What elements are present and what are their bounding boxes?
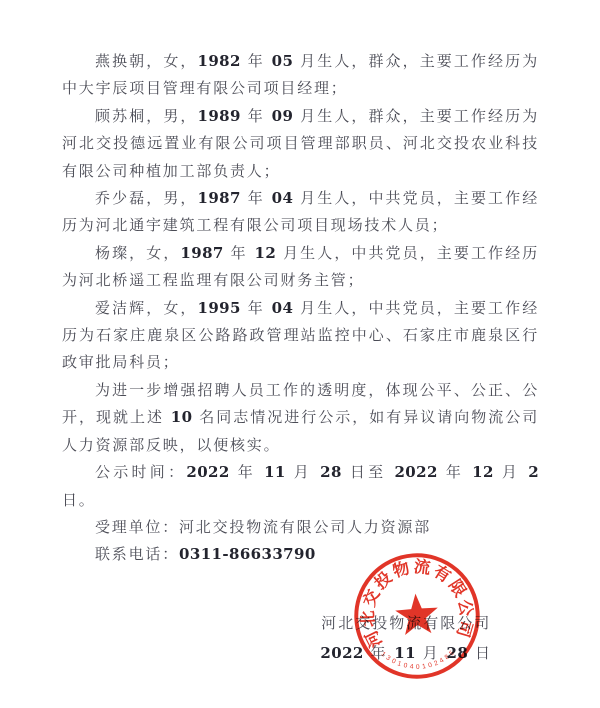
notice-page: 燕换朝，女，1982 年 05 月生人，群众，主要工作经历为中大宇辰项目管理有限… [0, 0, 600, 708]
paragraph-accepting-unit: 受理单位：河北交投物流有限公司人力资源部 [62, 514, 539, 541]
document-body: 燕换朝，女，1982 年 05 月生人，群众，主要工作经历为中大宇辰项目管理有限… [62, 48, 539, 569]
signature-company-name: 河北交投物流有限公司 [320, 608, 492, 638]
signature-date: 2022 年 11 月 28 日 [320, 638, 492, 668]
paragraph-candidate-1: 燕换朝，女，1982 年 05 月生人，群众，主要工作经历为中大宇辰项目管理有限… [62, 48, 539, 103]
paragraph-candidate-5: 爱洁辉，女，1995 年 04 月生人，中共党员，主要工作经历为石家庄鹿泉区公路… [62, 295, 539, 377]
signature-block: 河北交投物流有限公司 2022 年 11 月 28 日 [320, 608, 492, 668]
paragraph-contact-phone: 联系电话：0311-86633790 [62, 541, 539, 568]
paragraph-notice-statement: 为进一步增强招聘人员工作的透明度，体现公平、公正、公开，现就上述 10 名同志情… [62, 377, 539, 459]
paragraph-candidate-3: 乔少磊，男，1987 年 04 月生人，中共党员，主要工作经历为河北通宇建筑工程… [62, 185, 539, 240]
paragraph-notice-period: 公示时间：2022 年 11 月 28 日至 2022 年 12 月 2 日。 [62, 459, 539, 514]
paragraph-candidate-2: 顾苏桐，男，1989 年 09 月生人，群众，主要工作经历为河北交投德远置业有限… [62, 103, 539, 185]
paragraph-candidate-4: 杨璨，女，1987 年 12 月生人，中共党员，主要工作经历为河北桥遥工程监理有… [62, 240, 539, 295]
